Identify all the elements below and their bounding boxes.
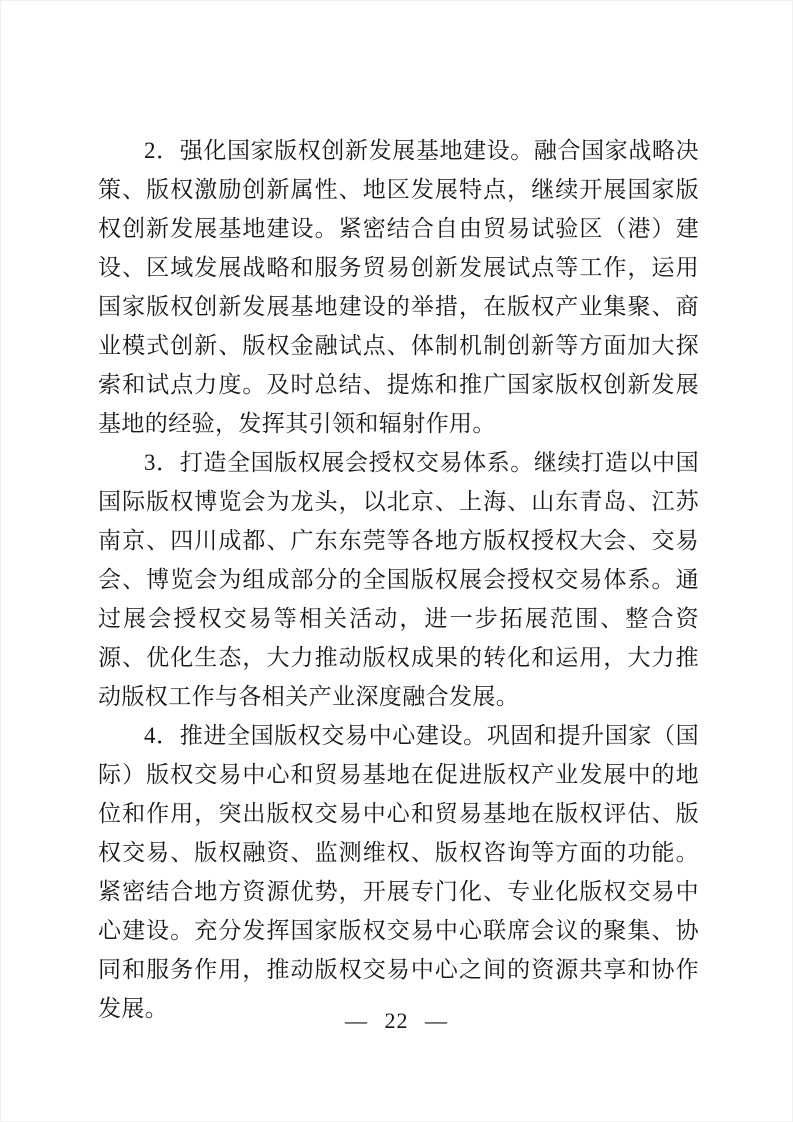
paragraph-item-3: 3．打造全国版权展会授权交易体系。继续打造以中国国际版权博览会为龙头，以北京、上… <box>98 443 699 716</box>
paragraph-item-2: 2．强化国家版权创新发展基地建设。融合国家战略决策、版权激励创新属性、地区发展特… <box>98 131 699 443</box>
document-body: 2．强化国家版权创新发展基地建设。融合国家战略决策、版权激励创新属性、地区发展特… <box>98 131 699 1028</box>
page-number: — 22 — <box>1 1002 792 1040</box>
document-page: 2．强化国家版权创新发展基地建设。融合国家战略决策、版权激励创新属性、地区发展特… <box>0 0 793 1122</box>
paragraph-item-4: 4．推进全国版权交易中心建设。巩固和提升国家（国际）版权交易中心和贸易基地在促进… <box>98 716 699 1028</box>
